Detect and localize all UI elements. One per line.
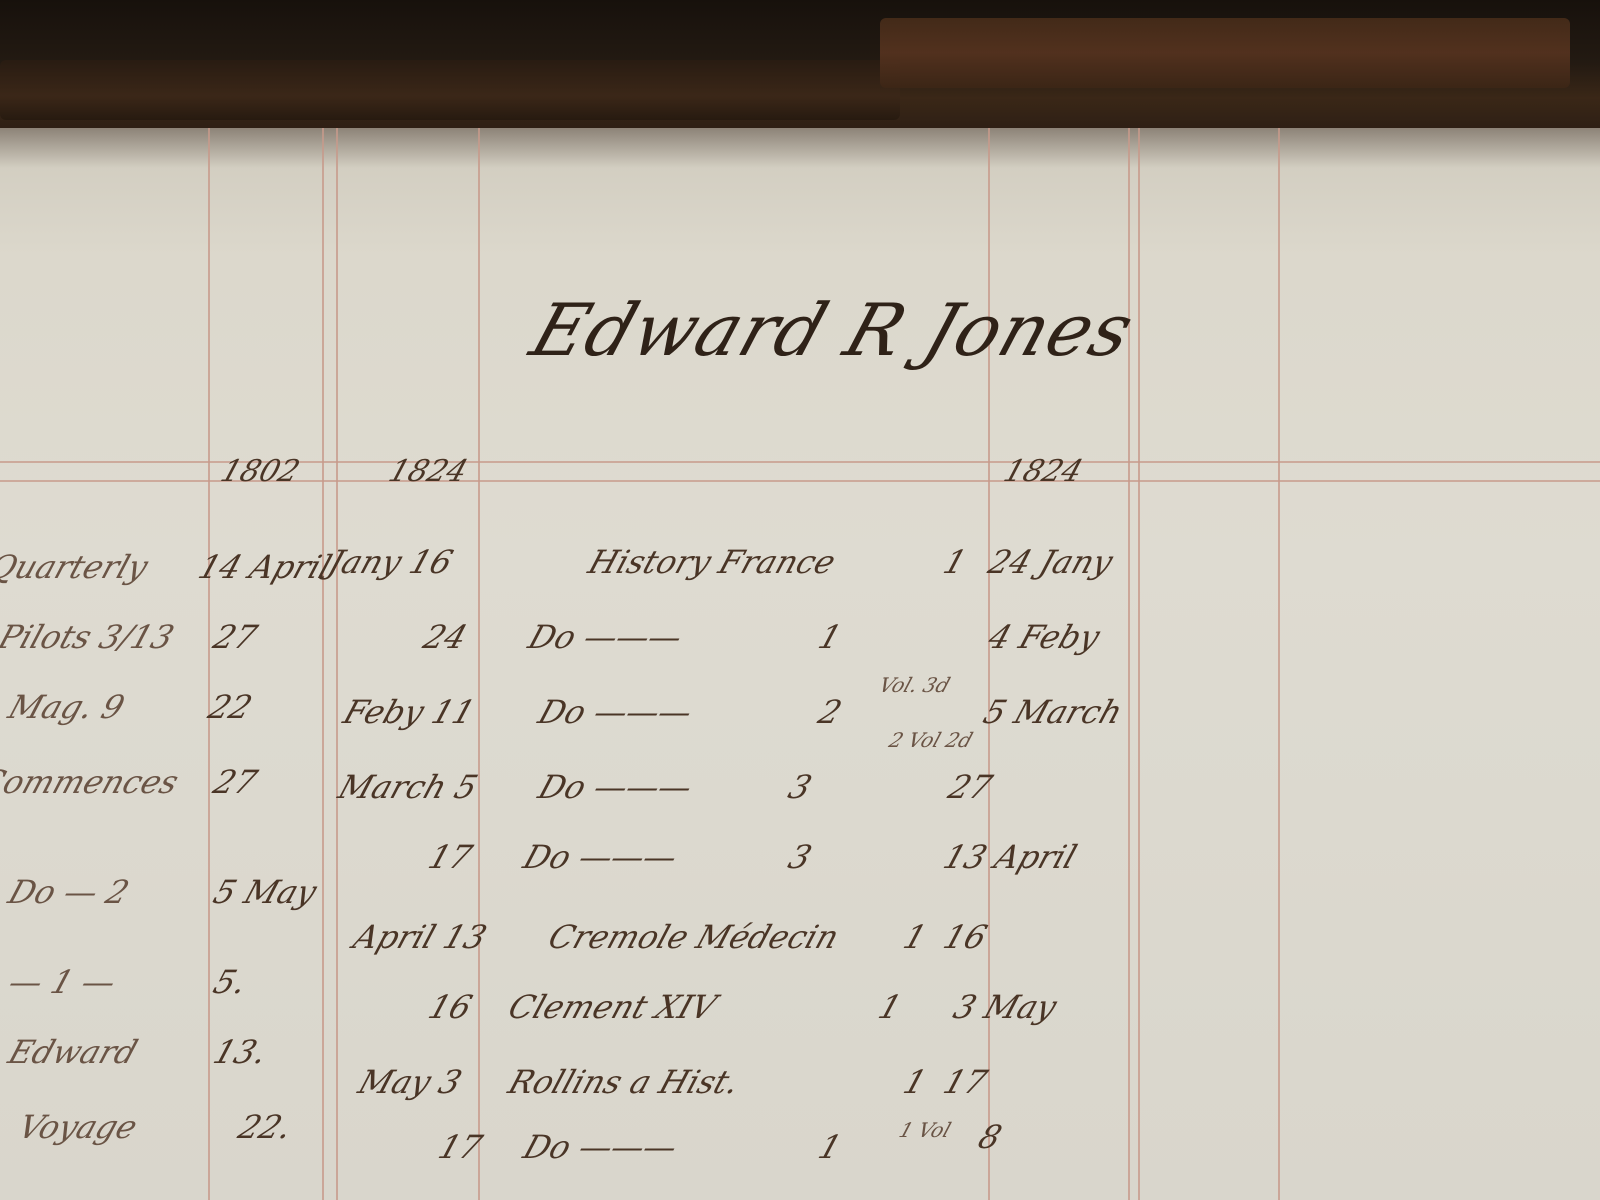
margin-text: Voyage (14, 1108, 142, 1146)
volume: 1 (899, 918, 932, 956)
margin-date: 14 April (194, 548, 337, 586)
return-date: 24 Jany (984, 543, 1118, 581)
margin-date: 5 May (209, 873, 322, 911)
book-title: History France (584, 543, 841, 581)
book-title: Do ——— (534, 768, 697, 806)
margin-text: Do — 2 (4, 873, 134, 911)
return-date: 3 May (949, 988, 1062, 1026)
issue-date: May 3 (354, 1063, 467, 1101)
issue-date: 24 (419, 618, 472, 656)
volume: 1 (874, 988, 907, 1026)
issue-date: Jany 16 (324, 543, 458, 581)
ruling-vertical (208, 128, 210, 1200)
ruling-vertical (478, 128, 480, 1200)
volume: 3 (784, 768, 817, 806)
margin-date: 27 (209, 763, 262, 801)
return-date: 4 Feby (984, 618, 1105, 656)
year-header-issued: 1824 (384, 454, 472, 489)
annotation: 1 Vol (896, 1118, 954, 1142)
book-title: Rollins a Hist. (504, 1063, 744, 1101)
book-title: Do ——— (524, 618, 687, 656)
issue-date: March 5 (334, 768, 483, 806)
volume: 1 (899, 1063, 932, 1101)
issue-date: 17 (424, 838, 477, 876)
volume: 3 (784, 838, 817, 876)
margin-date: 22 (204, 688, 257, 726)
account-name: Edward R Jones (521, 288, 1144, 372)
book-title: Clement XIV (504, 988, 721, 1026)
margin-date: 27 (209, 618, 262, 656)
margin-date: 5. (209, 963, 252, 1001)
year-header-returned: 1824 (999, 454, 1087, 489)
volume: 1 (814, 618, 847, 656)
return-date: 8 (974, 1118, 1007, 1156)
margin-date: 13. (209, 1033, 272, 1071)
margin-text: Pilots 3/13 (0, 618, 179, 656)
return-date: 16 (939, 918, 992, 956)
ledger-page: Edward R Jones 1802 1824 1824 Quarterly … (0, 128, 1600, 1200)
book-title: Do ——— (519, 838, 682, 876)
volume: 1 (814, 1128, 847, 1166)
ruling-vertical (1278, 128, 1280, 1200)
issue-date: Feby 11 (339, 693, 480, 731)
issue-date: 16 (424, 988, 477, 1026)
margin-text: Commences (0, 763, 183, 801)
volume: 1 (939, 543, 972, 581)
annotation: Vol. 3d (876, 673, 953, 697)
book-title: Do ——— (534, 693, 697, 731)
margin-text: Quarterly (0, 548, 153, 586)
binding-edge-right (880, 18, 1570, 88)
margin-text: — 1 — (4, 963, 121, 1001)
ruling-vertical (336, 128, 338, 1200)
year-header-left: 1802 (216, 454, 304, 489)
margin-text: Mag. 9 (4, 688, 129, 726)
book-title: Cremole Médecin (544, 918, 844, 956)
book-title: Do ——— (519, 1128, 682, 1166)
issue-date: April 13 (349, 918, 492, 956)
return-date: 17 (939, 1063, 992, 1101)
binding-edge-left (0, 60, 900, 120)
return-date: 5 March (979, 693, 1128, 731)
ruling-vertical (322, 128, 324, 1200)
margin-text: Edward (4, 1033, 142, 1071)
book-binding (0, 0, 1600, 140)
page-shadow (0, 128, 1600, 168)
margin-date: 22. (234, 1108, 297, 1146)
volume: 2 (814, 693, 847, 731)
return-date: 13 April (939, 838, 1082, 876)
annotation: 2 Vol 2d (886, 728, 976, 752)
